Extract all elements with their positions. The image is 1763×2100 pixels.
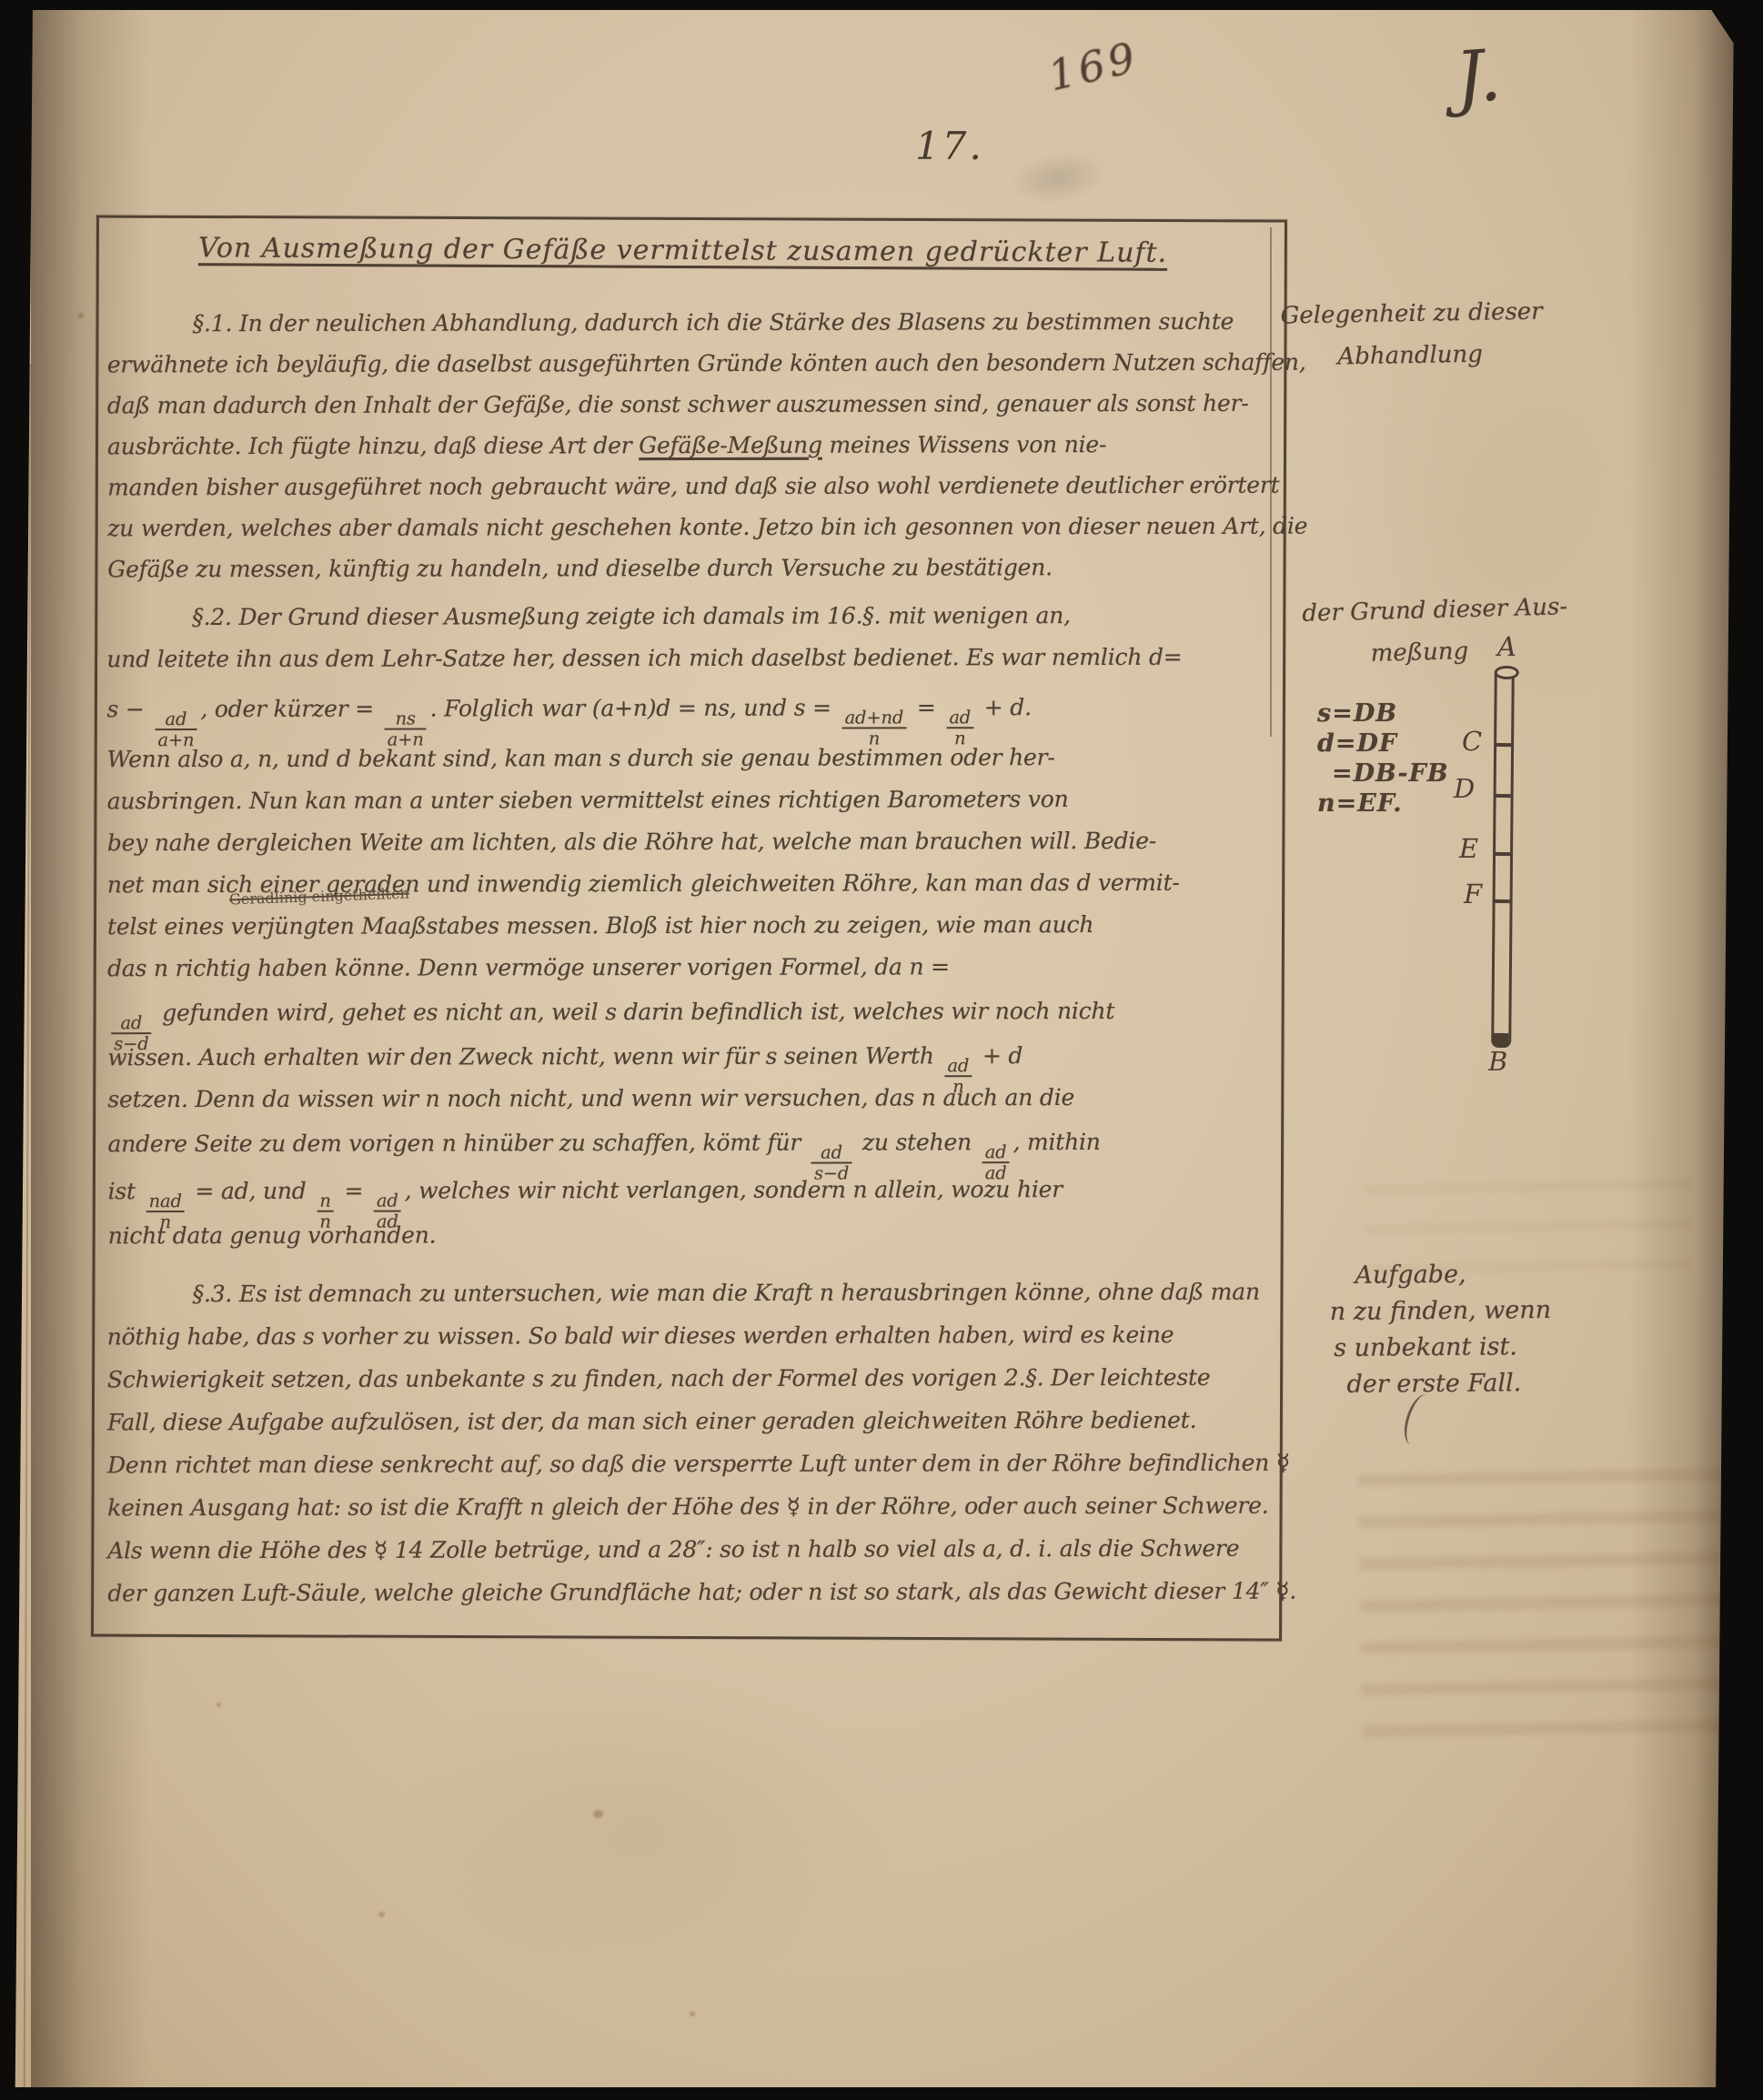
manuscript-line: das n richtig haben könne. Denn vermöge …: [107, 946, 1183, 990]
diagram-label-c: C: [1462, 726, 1482, 757]
manuscript-line: erwähnete ich beyläufig, die daselbst au…: [107, 342, 1307, 386]
manuscript-line: ist nadn = ad, und nn = adad, welches wi…: [108, 1166, 1184, 1215]
margin-note-line: der Grund dieser Aus-: [1302, 586, 1568, 635]
manuscript-line: und leitete ihn aus dem Lehr-Satze her, …: [106, 637, 1182, 680]
margin-formula: n=EF.: [1317, 789, 1449, 819]
manuscript-line: nöthig habe, das s vorher zu wissen. So …: [107, 1313, 1296, 1359]
foxing-spot: [378, 1912, 385, 1917]
manuscript-line: keinen Ausgang hat: so ist die Krafft n …: [107, 1484, 1296, 1530]
margin-note-occasion: Gelegenheit zu dieserAbhandlung: [1280, 290, 1544, 378]
paragraph-3: §.3. Es ist demnach zu untersuchen, wie …: [107, 1271, 1297, 1615]
diagram-label-f: F: [1464, 879, 1482, 909]
margin-note-line: Aufgabe,: [1329, 1256, 1551, 1294]
manuscript-line: s − ada+n, oder kürzer = nsa+n. Folglich…: [106, 678, 1182, 739]
tube-tick-e: [1495, 852, 1510, 856]
manuscript-line: der ganzen Luft-Säule, welche gleiche Gr…: [107, 1570, 1296, 1615]
foxing-spot: [593, 1810, 603, 1818]
margin-note-line: der erste Fall.: [1330, 1365, 1552, 1403]
manuscript-line: §.1. In der neulichen Abhandlung, dadurc…: [107, 301, 1307, 345]
margin-note-problem: Aufgabe,n zu finden, wenns unbekant ist.…: [1329, 1256, 1552, 1403]
foxing-spot: [690, 2012, 695, 2016]
manuscript-line: wissen. Auch erhalten wir den Zweck nich…: [107, 1035, 1183, 1079]
manuscript-line: setzen. Denn da wissen wir n noch nicht,…: [107, 1077, 1183, 1120]
manuscript-line: daß man dadurch den Inhalt der Gefäße, d…: [107, 383, 1307, 427]
manuscript-scan: 169 J. 17. Von Ausmeßung der Gefäße verm…: [0, 0, 1763, 2100]
manuscript-line: Als wenn die Höhe des ☿ 14 Zolle betrüge…: [107, 1527, 1296, 1572]
manuscript-line: andere Seite zu dem vorigen n hinüber zu…: [107, 1119, 1183, 1168]
scan-border: [0, 0, 1763, 10]
glass-tube-drawing: [1491, 669, 1515, 1048]
diagram-label-a: A: [1497, 631, 1516, 662]
margin-note-line: n zu finden, wenn: [1330, 1292, 1552, 1331]
manuscript-line: nicht data genug vorhanden.: [108, 1213, 1184, 1257]
paragraph-2: §.2. Der Grund dieser Ausmeßung zeigte i…: [106, 595, 1184, 1257]
diagram-label-b: B: [1488, 1046, 1507, 1077]
foxing-spot: [217, 1703, 221, 1707]
manuscript-line: Gefäße zu messen, künftig zu handeln, un…: [107, 547, 1307, 590]
margin-note-line: Gelegenheit zu dieser: [1280, 290, 1543, 337]
diagram-label-e: E: [1459, 833, 1478, 864]
tube-tick-c: [1496, 743, 1511, 747]
manuscript-line: §.2. Der Grund dieser Ausmeßung zeigte i…: [106, 595, 1182, 638]
margin-formula: =DB-FB: [1317, 759, 1449, 789]
manuscript-line: manden bisher ausgeführet noch gebraucht…: [107, 465, 1307, 508]
manuscript-line: ads−d gefunden wird, gehet es nicht an, …: [107, 988, 1183, 1037]
paragraph-1: §.1. In der neulichen Abhandlung, dadurc…: [107, 301, 1308, 590]
margin-formula-list: s=DBd=DF=DB-FBn=EF.: [1317, 698, 1449, 819]
paper-stain: [391, 1664, 901, 1992]
manuscript-line: ausbrächte. Ich fügte hinzu, daß diese A…: [107, 424, 1307, 467]
page-number: 17.: [915, 124, 984, 168]
tube-diagram: A C D E F B: [1446, 635, 1565, 1080]
margin-note-line: s unbekant ist.: [1330, 1329, 1552, 1367]
manuscript-line: telst eines verjüngten Maaßstabes messen…: [107, 904, 1183, 948]
margin-formula: d=DF: [1317, 728, 1449, 759]
gathering-letter-mark: J.: [1453, 35, 1504, 119]
manuscript-line: ausbringen. Nun kan man a unter sieben v…: [107, 779, 1183, 822]
tube-tick-d: [1496, 794, 1511, 798]
manuscript-line: Denn richtet man diese senkrecht auf, so…: [107, 1442, 1296, 1487]
margin-note-line: Abhandlung: [1281, 332, 1544, 378]
section-title: Von Ausmeßung der Gefäße vermittelst zus…: [198, 232, 1167, 269]
manuscript-line: §.3. Es ist demnach zu untersuchen, wie …: [107, 1271, 1296, 1316]
manuscript-line: Fall, diese Aufgabe aufzulösen, ist der,…: [107, 1399, 1296, 1444]
margin-formula: s=DB: [1317, 698, 1449, 728]
diagram-label-d: D: [1454, 773, 1475, 804]
manuscript-line: Wenn also a, n, und d bekant sind, kan m…: [107, 737, 1183, 780]
manuscript-line: bey nahe dergleichen Weite am lichten, a…: [107, 820, 1183, 864]
manuscript-line: zu werden, welches aber damals nicht ges…: [107, 506, 1307, 549]
tube-tick-f: [1495, 899, 1510, 903]
scan-border: [0, 2087, 1763, 2100]
manuscript-line: Schwierigkeit setzen, das unbekante s zu…: [107, 1356, 1296, 1402]
